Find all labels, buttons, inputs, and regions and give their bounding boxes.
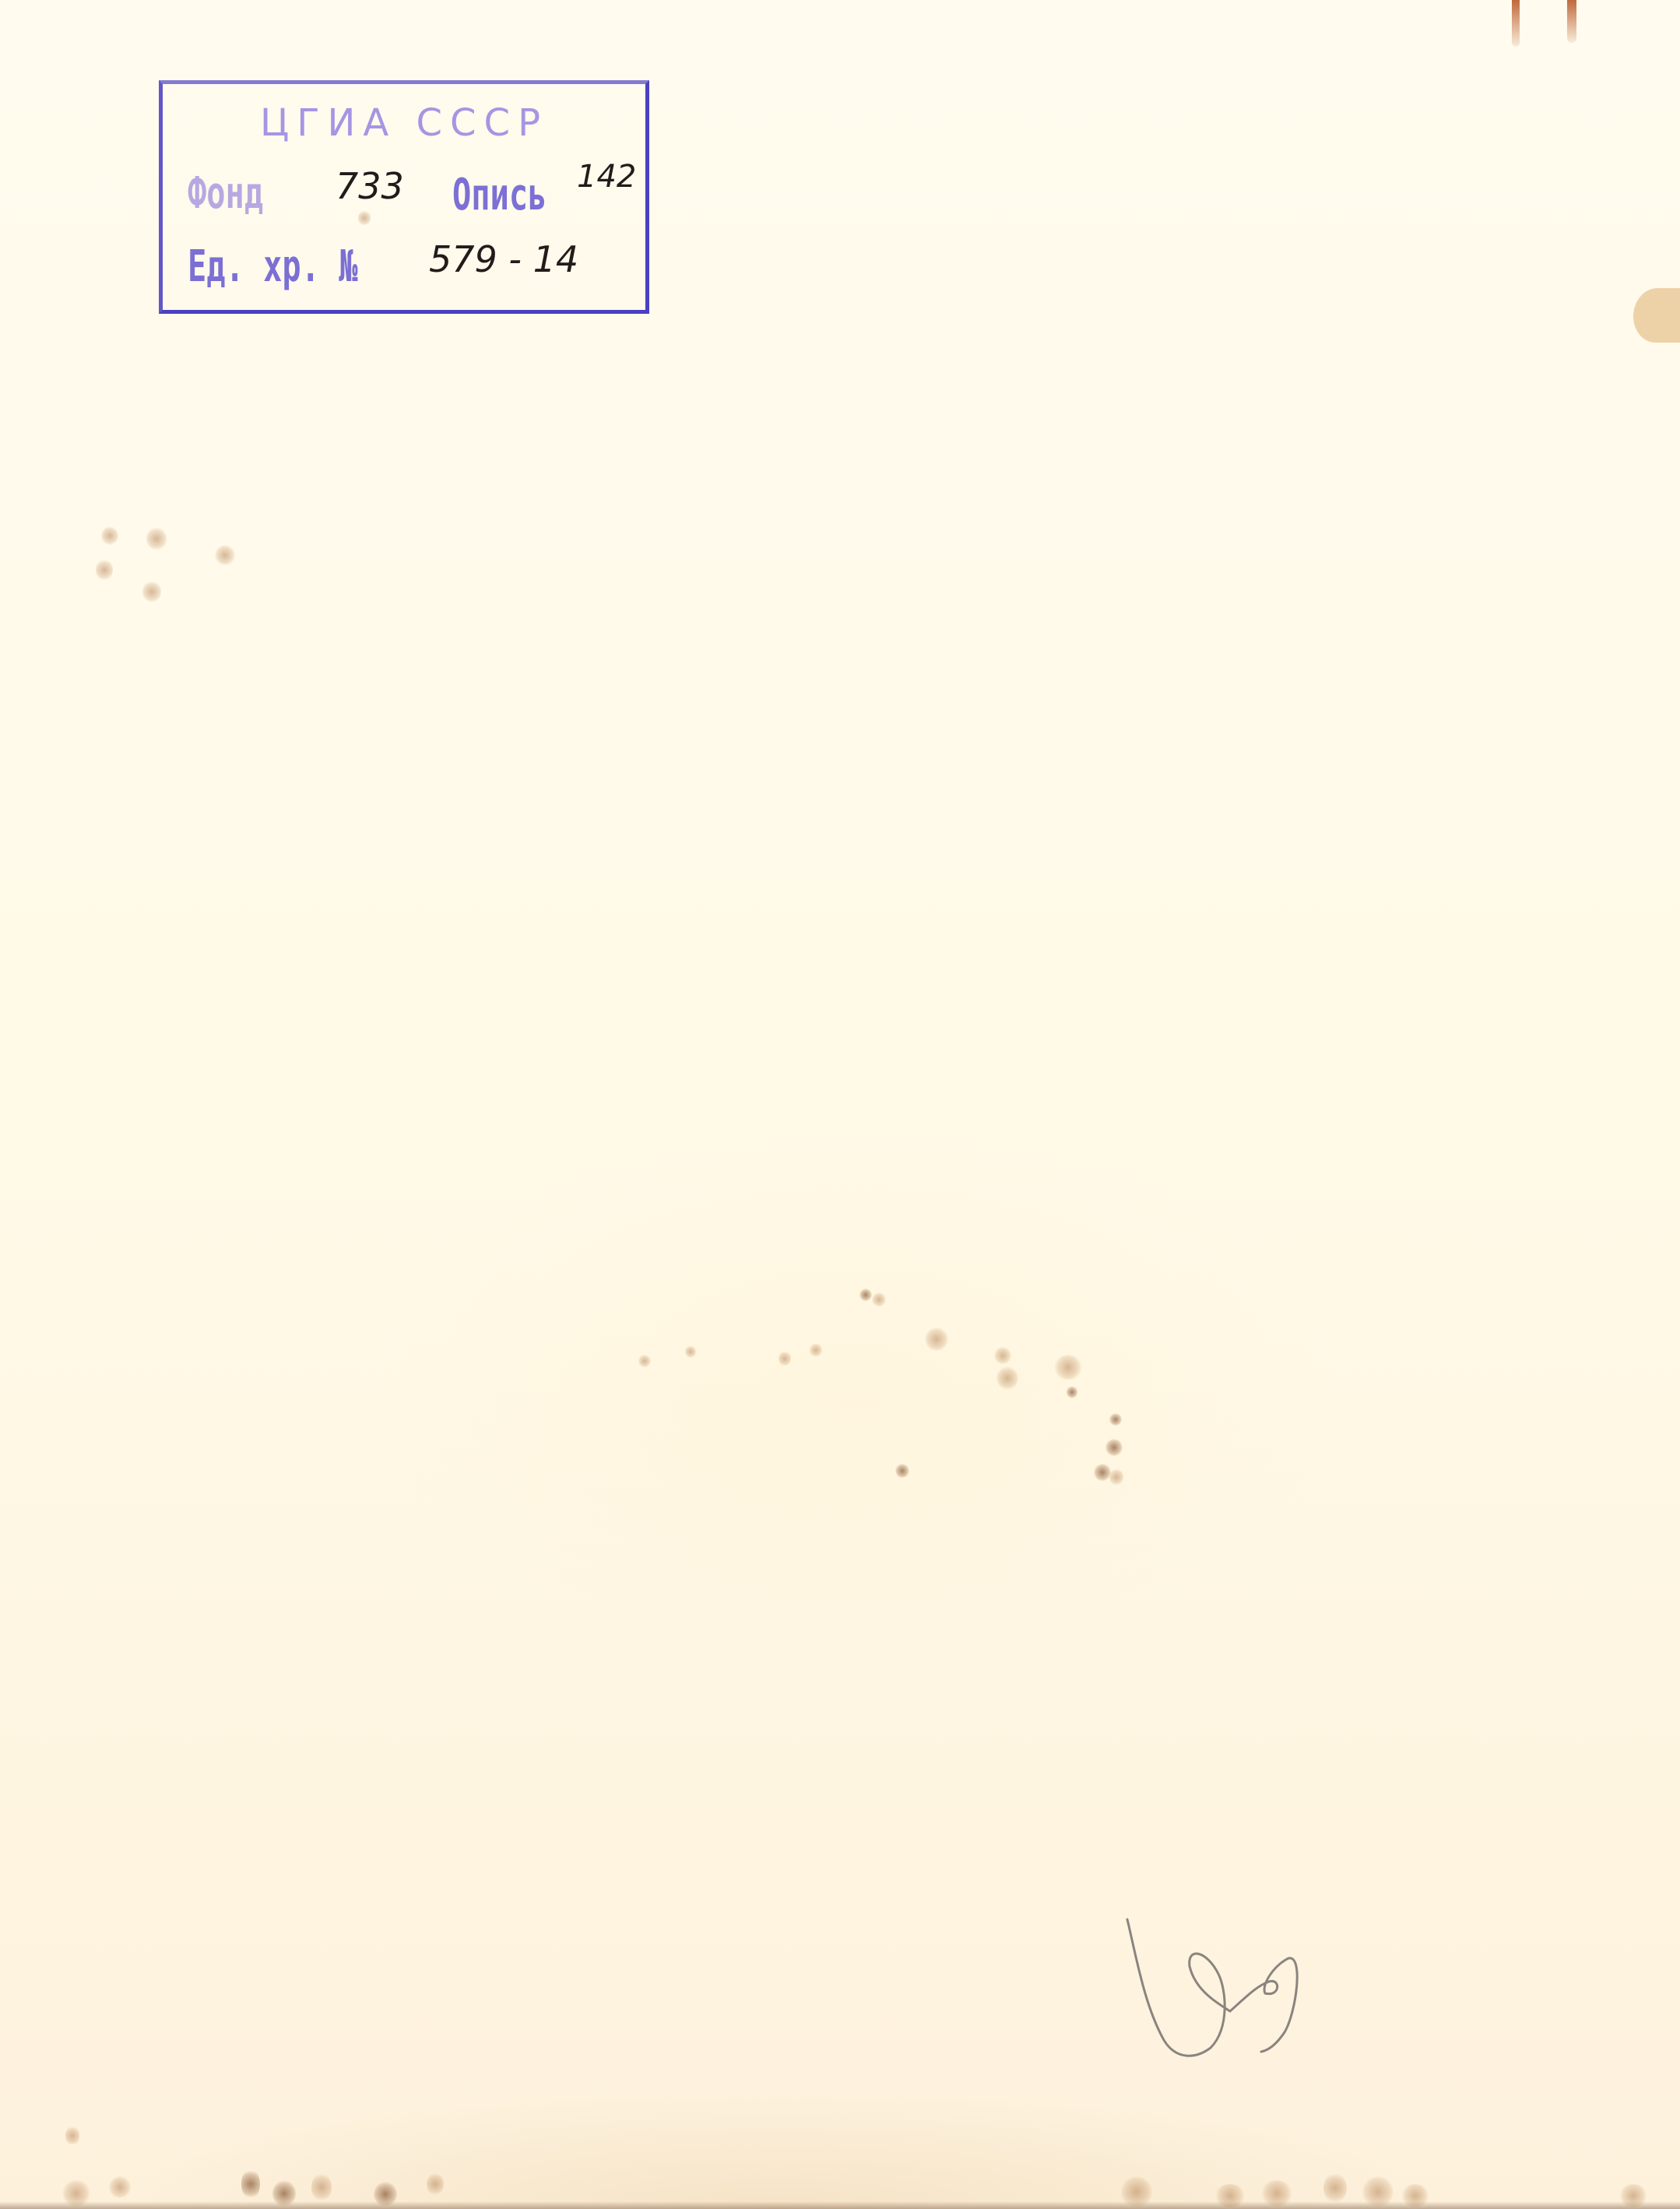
- foxing-spot: [427, 2172, 444, 2196]
- foxing-spot: [996, 1367, 1018, 1390]
- foxing-spot: [1054, 1355, 1082, 1380]
- foxing-spot: [101, 526, 118, 545]
- foxing-spot: [142, 581, 161, 603]
- foxing-spot: [685, 1345, 696, 1358]
- corner-water-stain: [1633, 288, 1680, 343]
- foxing-spot: [241, 2169, 260, 2200]
- stamp-archive-title: ЦГИА СССР: [163, 101, 645, 145]
- paper-bottom-edge: [0, 2201, 1680, 2209]
- foxing-spot: [1109, 1413, 1122, 1426]
- pencil-signature-icon: [1121, 1912, 1331, 2067]
- stamp-row-storage-unit: Ед. хр. № 579 - 14: [188, 234, 638, 296]
- stamp-opis-value: 142: [577, 159, 636, 195]
- foxing-spot: [311, 2172, 332, 2202]
- paper-sheet: [0, 0, 1680, 2209]
- rust-drip-stain: [1567, 0, 1576, 43]
- foxing-spot: [1323, 2172, 1347, 2204]
- foxing-spot: [1067, 1386, 1077, 1398]
- foxing-spot: [778, 1351, 791, 1367]
- foxing-spot: [1105, 1439, 1123, 1456]
- stamp-row-fond: Фонд 733 Опись 142: [188, 162, 638, 224]
- stamp-fond-value: 733: [336, 165, 404, 207]
- foxing-spot: [994, 1347, 1011, 1364]
- foxing-spot: [859, 1289, 872, 1301]
- foxing-spot: [1109, 1469, 1123, 1486]
- foxing-spot: [109, 2176, 131, 2198]
- foxing-spot: [872, 1293, 886, 1307]
- foxing-spot: [925, 1328, 948, 1351]
- foxing-spot: [146, 527, 167, 550]
- stamp-fond-label: Фонд: [188, 168, 263, 219]
- foxing-spot: [96, 559, 113, 581]
- foxing-spot: [895, 1464, 909, 1478]
- stamp-opis-label: Опись: [452, 170, 547, 220]
- foxing-spot: [638, 1355, 651, 1367]
- stamp-unit-value: 579 - 14: [429, 238, 578, 280]
- rust-drip-stain: [1512, 0, 1520, 47]
- foxing-spot: [810, 1343, 822, 1357]
- archive-stamp: ЦГИА СССР Фонд 733 Опись 142 Ед. хр. № 5…: [159, 80, 649, 314]
- foxing-spot: [65, 2126, 79, 2146]
- foxing-spot: [215, 545, 235, 565]
- stamp-unit-label: Ед. хр. №: [188, 241, 357, 292]
- foxing-spot: [1094, 1464, 1111, 1481]
